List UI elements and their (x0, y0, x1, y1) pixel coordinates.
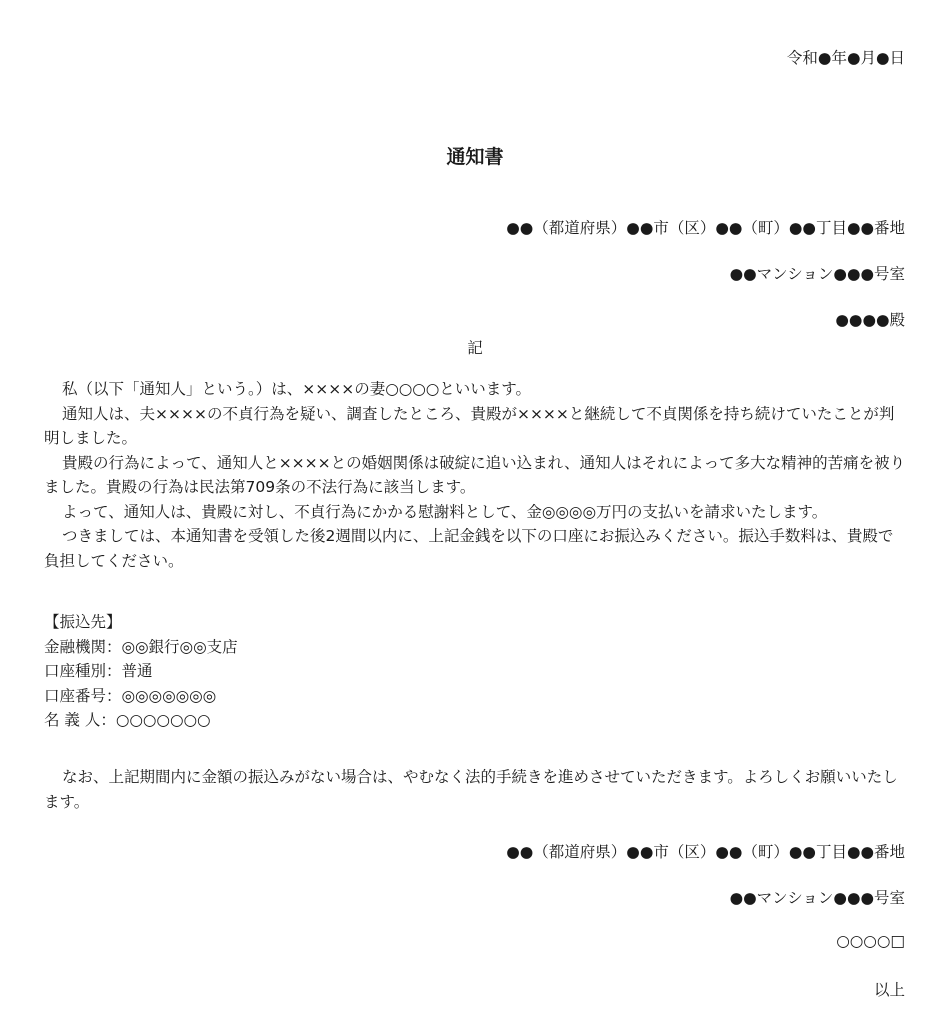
sender-name: ○○○○□ (836, 932, 905, 950)
transfer-row-type: 口座種別：普通 (44, 659, 238, 684)
transfer-heading: 【振込先】 (44, 610, 238, 635)
end-mark: 以上 (874, 978, 905, 1000)
paragraph: つきましては、本通知書を受領した後2週間以内に、上記金銭を以下の口座にお振込みく… (44, 524, 906, 573)
sender-address-line2: ●●マンション●●●号室 (730, 886, 905, 908)
recipient-address-line1: ●●（都道府県）●●市（区）●●（町）●●丁目●●番地 (506, 216, 905, 238)
paragraph: 私（以下「通知人」という。）は、××××の妻○○○○といいます。 (44, 377, 906, 402)
closing-text: なお、上記期間内に金額の振込みがない場合は、やむなく法的手続きを進めさせていただ… (44, 765, 906, 814)
paragraph: 貴殿の行為によって、通知人と××××との婚姻関係は破綻に追い込まれ、通知人はそれ… (44, 451, 906, 500)
notice-document: 令和●年●月●日 通知書 ●●（都道府県）●●市（区）●●（町）●●丁目●●番地… (0, 0, 950, 1024)
closing-paragraph: なお、上記期間内に金額の振込みがない場合は、やむなく法的手続きを進めさせていただ… (44, 765, 906, 814)
transfer-row-number: 口座番号：◎◎◎◎◎◎◎ (44, 684, 238, 709)
transfer-row-holder: 名 義 人：○○○○○○○ (44, 708, 238, 733)
recipient-name: ●●●●殿 (835, 308, 905, 330)
ki-heading: 記 (0, 336, 950, 358)
document-title: 通知書 (0, 142, 950, 169)
transfer-details: 【振込先】 金融機関：◎◎銀行◎◎支店 口座種別：普通 口座番号：◎◎◎◎◎◎◎… (44, 610, 238, 733)
body-text: 私（以下「通知人」という。）は、××××の妻○○○○といいます。 通知人は、夫×… (44, 377, 906, 573)
transfer-row-bank: 金融機関：◎◎銀行◎◎支店 (44, 635, 238, 660)
sender-address-line1: ●●（都道府県）●●市（区）●●（町）●●丁目●●番地 (506, 840, 905, 862)
recipient-address-line2: ●●マンション●●●号室 (730, 262, 905, 284)
paragraph: 通知人は、夫××××の不貞行為を疑い、調査したところ、貴殿が××××と継続して不… (44, 402, 906, 451)
document-date: 令和●年●月●日 (787, 46, 905, 68)
paragraph: よって、通知人は、貴殿に対し、不貞行為にかかる慰謝料として、金◎◎◎◎万円の支払… (44, 500, 906, 525)
